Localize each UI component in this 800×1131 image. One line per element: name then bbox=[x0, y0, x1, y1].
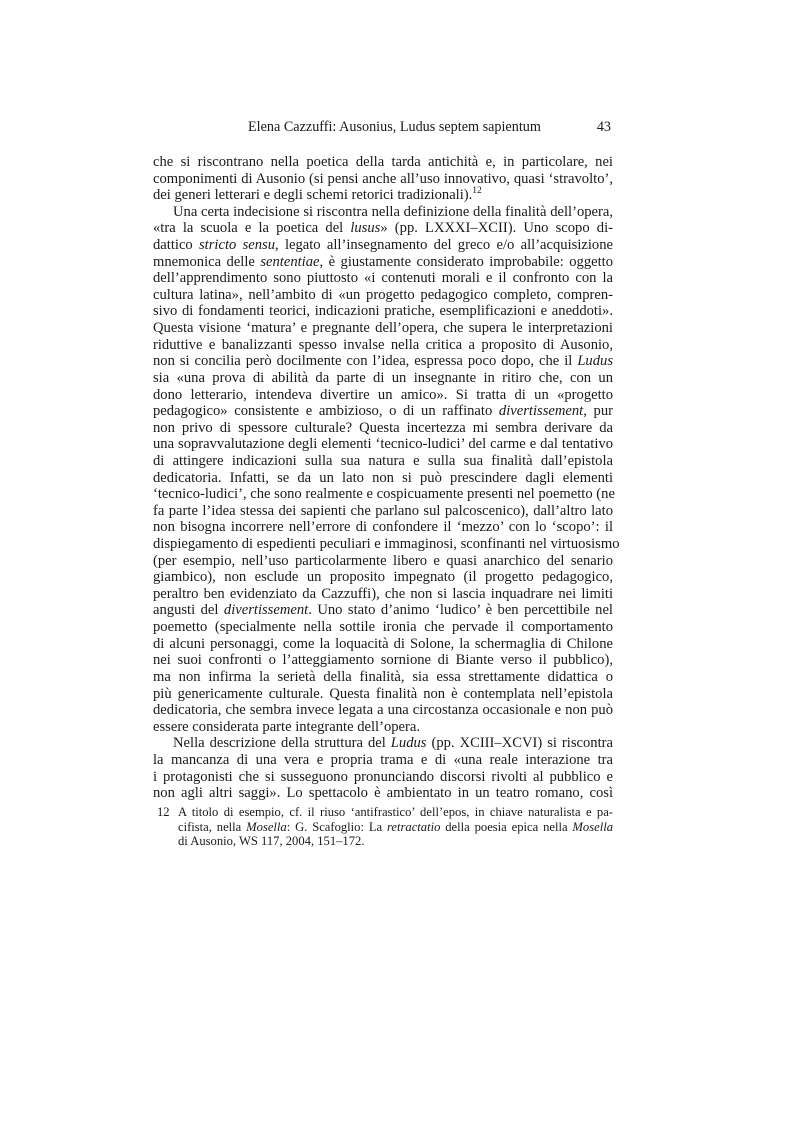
body-line: sivo di fondamenti teorici, indicazioni … bbox=[153, 303, 613, 320]
body-line: nei suoi confronti o l’atteggiamento sor… bbox=[153, 652, 613, 669]
body-line: ‘tecnico-ludici’, che sono realmente e c… bbox=[153, 486, 613, 503]
body-line: essere considerata parte integrante dell… bbox=[153, 719, 613, 736]
running-header: Elena Cazzuffi: Ausonius, Ludus septem s… bbox=[153, 119, 613, 137]
body-line: ma non infirma la serietà della finalità… bbox=[153, 669, 613, 686]
body-line: più genericamente culturale. Questa fina… bbox=[153, 686, 613, 703]
body-line: non privo di spessore culturale? Questa … bbox=[153, 420, 613, 437]
body-line: che si riscontrano nella poetica della t… bbox=[153, 154, 613, 171]
body-line: angusti del divertissement. Uno stato d’… bbox=[153, 602, 613, 619]
body-line: dattico stricto sensu, legato all’insegn… bbox=[153, 237, 613, 254]
body-line: di attingere indicazioni sulla sua natur… bbox=[153, 453, 613, 470]
footnote-number: 12 bbox=[157, 805, 170, 820]
body-line: dell’apprendimento sono piuttosto «i con… bbox=[153, 270, 613, 287]
body-line: sia «una prova di abilità da parte di un… bbox=[153, 370, 613, 387]
body-line: fa parte l’idea stessa dei sapienti che … bbox=[153, 503, 613, 520]
body-line: non agli altri saggi». Lo spettacolo è a… bbox=[153, 785, 613, 802]
body-line: una sopravvalutazione degli elementi ‘te… bbox=[153, 436, 613, 453]
body-line: «tra la scuola e la poetica del lusus» (… bbox=[153, 220, 613, 237]
body-line: non si concilia però docilmente con l’id… bbox=[153, 353, 613, 370]
body-line: i protagonisti che si susseguono pronunc… bbox=[153, 769, 613, 786]
body-line: non bisogna incorrere nell’errore di con… bbox=[153, 519, 613, 536]
body-line: dedicatoria, che sembra invece legata a … bbox=[153, 702, 613, 719]
body-line: pedagogico» consistente e ambizioso, o d… bbox=[153, 403, 613, 420]
body-line: dei generi letterari e degli schemi reto… bbox=[153, 187, 613, 204]
running-title: Elena Cazzuffi: Ausonius, Ludus septem s… bbox=[248, 119, 541, 136]
body-line: riduttive e banalizzanti spesso invalse … bbox=[153, 337, 613, 354]
body-line: poemetto (specialmente nella sottile iro… bbox=[153, 619, 613, 636]
footnotes: 12A titolo di esempio, cf. il riuso ‘ant… bbox=[153, 805, 613, 849]
body-line: componimenti di Ausonio (si pensi anche … bbox=[153, 171, 613, 188]
body-line: Nella descrizione della struttura del Lu… bbox=[153, 735, 613, 752]
footnote-line: cifista, nella Mosella: G. Scafoglio: La… bbox=[178, 820, 613, 835]
body-line: dono letterario, intendeva divertire un … bbox=[153, 387, 613, 404]
body-line: Una certa indecisione si riscontra nella… bbox=[153, 204, 613, 221]
body-line: peraltro ben evidenziato da Cazzuffi), c… bbox=[153, 586, 613, 603]
page-number: 43 bbox=[597, 119, 611, 136]
body-line: la mancanza di una vera e propria trama … bbox=[153, 752, 613, 769]
body-line: (per esempio, nell’uso particolarmente l… bbox=[153, 553, 613, 570]
footnote-line: A titolo di esempio, cf. il riuso ‘antif… bbox=[178, 805, 613, 820]
body-line: mnemonica delle sententiae, è giustament… bbox=[153, 254, 613, 271]
body-text: che si riscontrano nella poetica della t… bbox=[153, 154, 613, 802]
footnote-line: di Ausonio, WS 117, 2004, 151–172. bbox=[178, 834, 613, 849]
body-line: cultura latina», nell’ambito di «un prog… bbox=[153, 287, 613, 304]
footnote-text: A titolo di esempio, cf. il riuso ‘antif… bbox=[178, 805, 613, 849]
body-line: dedicatoria. Infatti, se da un lato non … bbox=[153, 470, 613, 487]
body-line: di alcuni personaggi, come la loquacità … bbox=[153, 636, 613, 653]
body-line: giambico), non esclude un proposito impe… bbox=[153, 569, 613, 586]
footnote: 12A titolo di esempio, cf. il riuso ‘ant… bbox=[153, 805, 613, 849]
body-line: Questa visione ‘matura’ e pregnante dell… bbox=[153, 320, 613, 337]
body-line: dispiegamento di espedienti peculiari e … bbox=[153, 536, 613, 553]
